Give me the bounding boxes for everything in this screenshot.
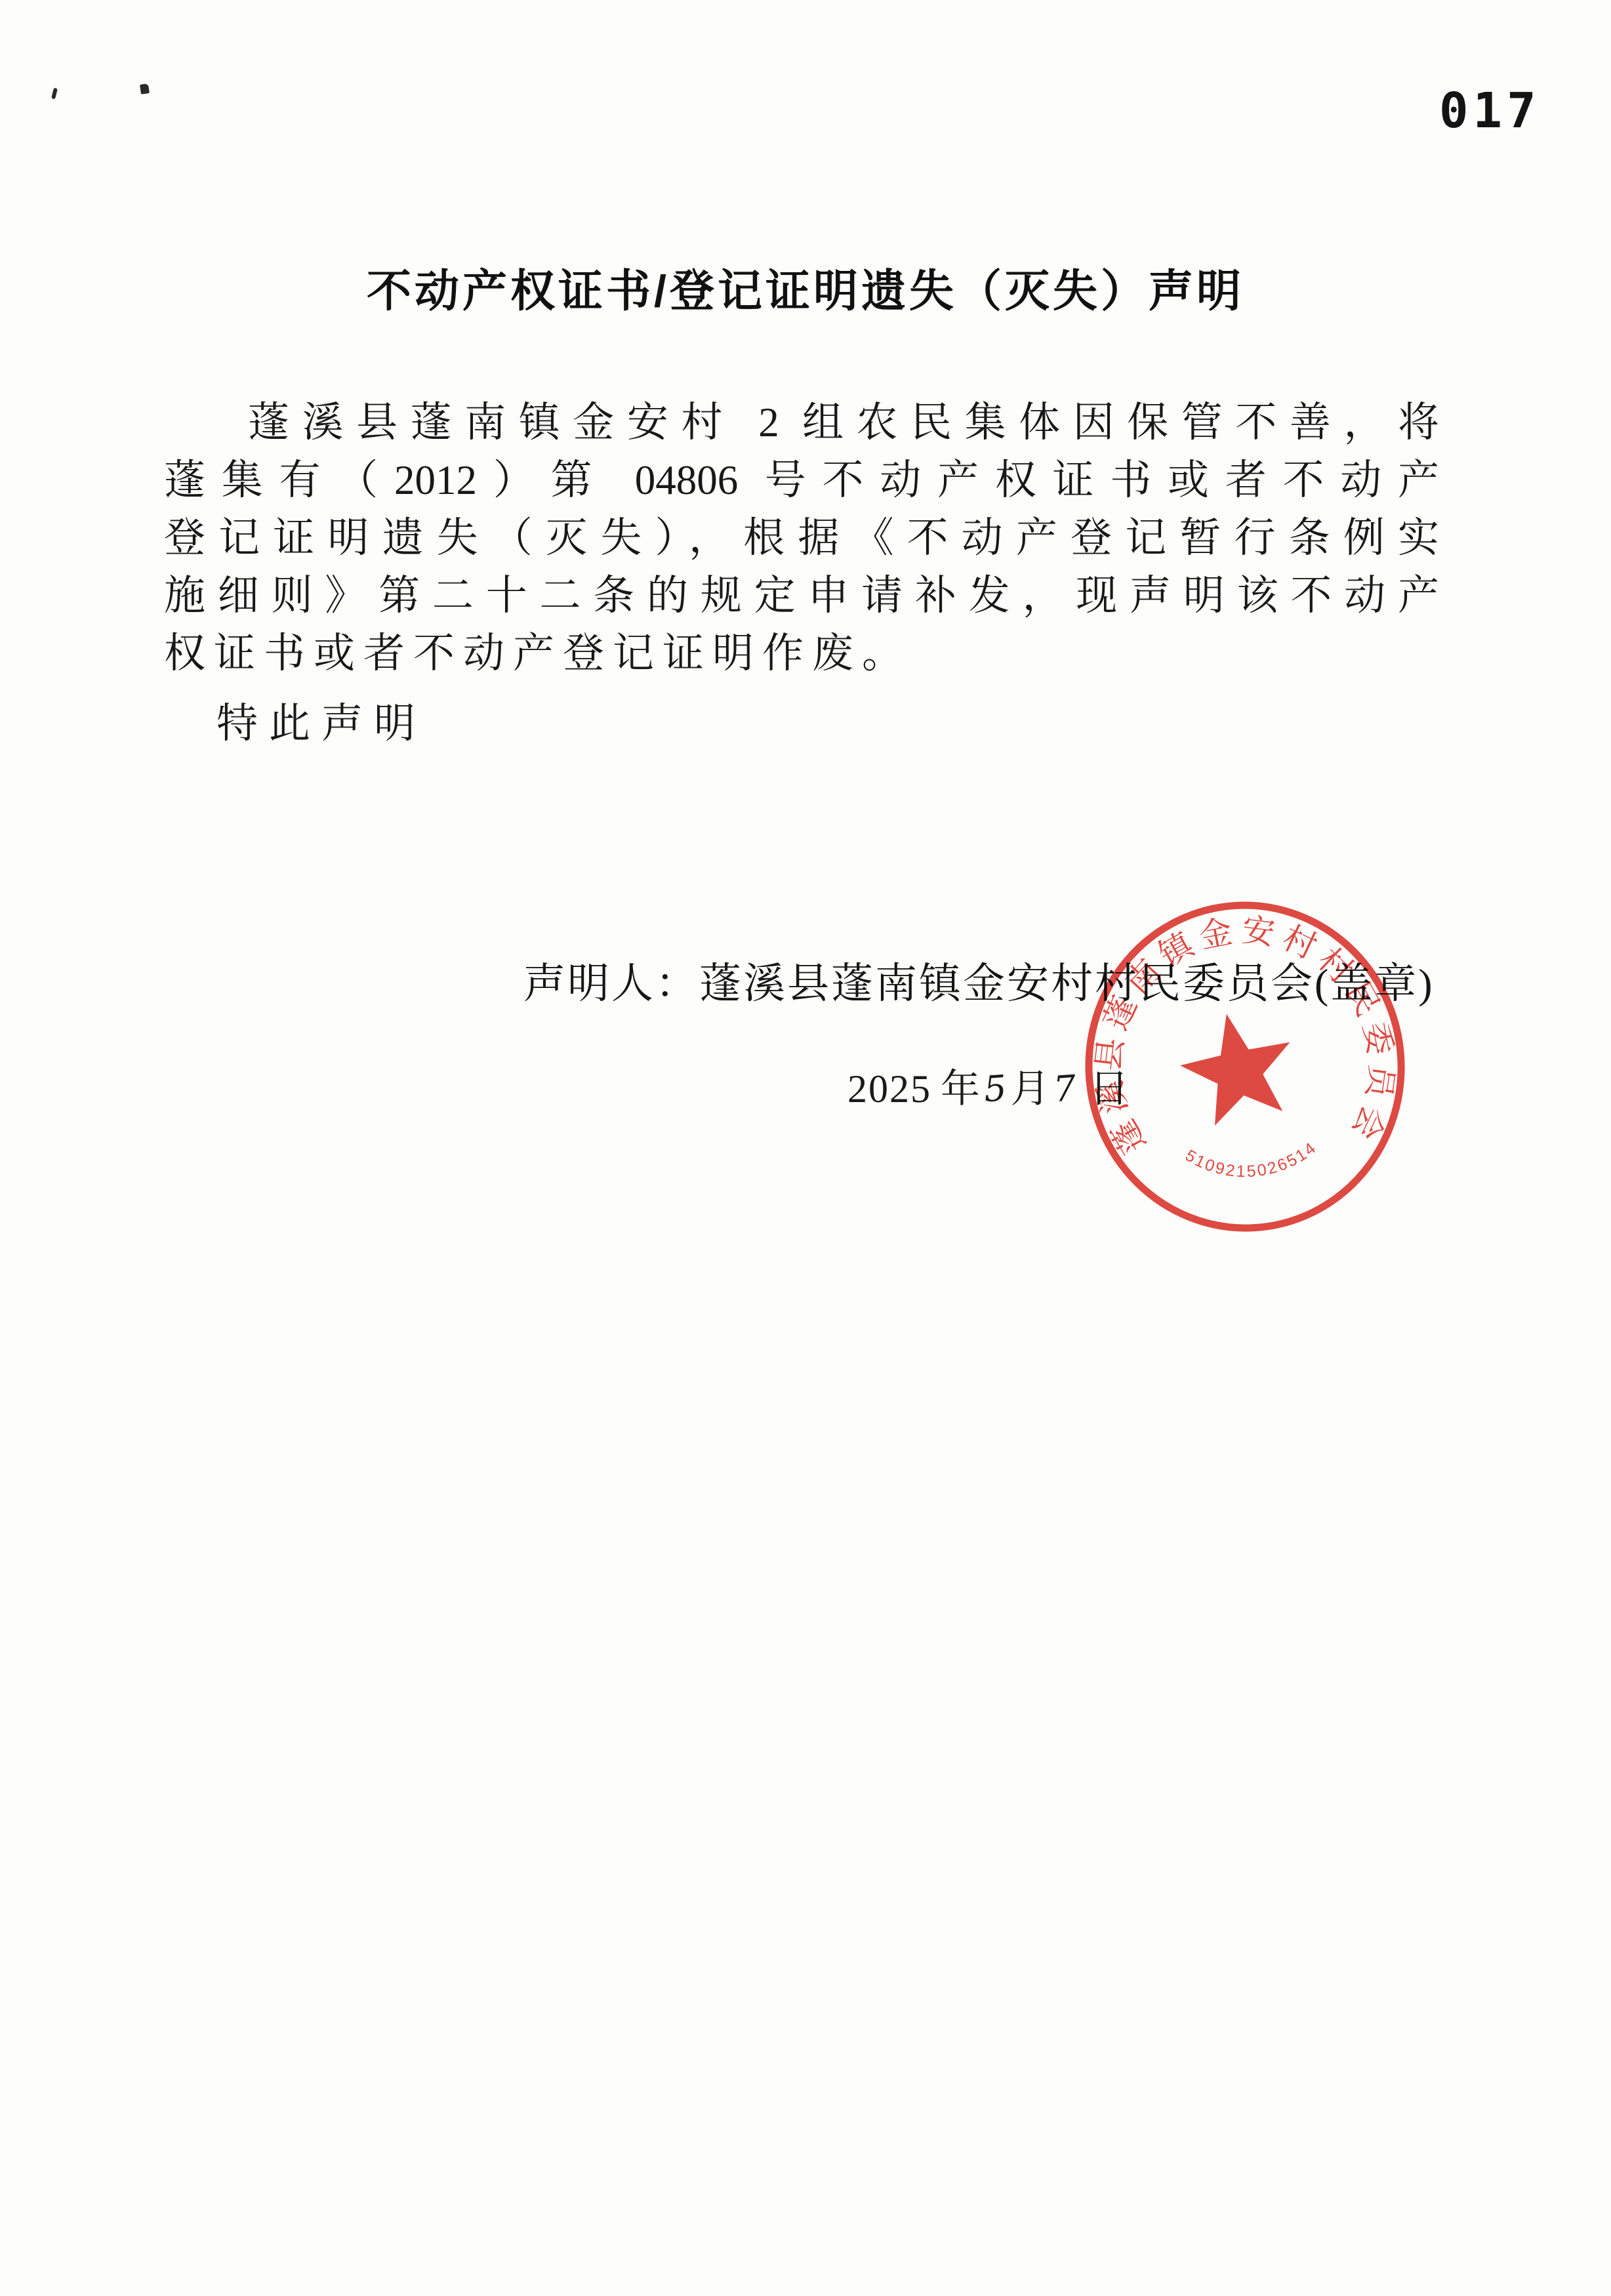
body-line-2: 蓬集有（2012）第 04806 号不动产权证书或者不动产: [164, 451, 1439, 509]
seal-code: 5109215026514: [1181, 1138, 1322, 1185]
body-line-5: 权证书或者不动产登记证明作废。: [164, 625, 1439, 682]
page-number: 017: [1439, 83, 1541, 139]
body-line-1: 蓬溪县蓬南镇金安村 2 组农民集体因保管不善，将: [164, 394, 1439, 451]
date-month-label: 月: [1010, 1067, 1051, 1111]
seal-text: 蓬溪县蓬南镇金安村村民委员会: [1079, 901, 1406, 1170]
closing-statement: 特此声明: [216, 690, 426, 750]
body-line-3: 登记证明遗失（灭失），根据《不动产登记暂行条例实: [164, 509, 1439, 567]
date-year-label: 年: [941, 1067, 981, 1111]
ink-speck: [140, 83, 150, 94]
scanned-declaration-page: { "page": { "number": "017", "paper_colo…: [0, 0, 1611, 2296]
official-seal: 蓬溪县蓬南镇金安村村民委员会 5109215026514: [1070, 886, 1421, 1246]
date-month-handwritten: 5: [983, 1067, 1009, 1110]
date-day-handwritten: 7: [1052, 1067, 1079, 1110]
seal-star-icon: [1177, 1010, 1295, 1128]
declaration-body: 蓬溪县蓬南镇金安村 2 组农民集体因保管不善，将 蓬集有（2012）第 0480…: [164, 394, 1439, 682]
body-line-4: 施细则》第二十二条的规定申请补发，现声明该不动产: [164, 567, 1439, 625]
date-year: 2025: [847, 1067, 931, 1111]
ink-speck: [51, 88, 58, 100]
document-title: 不动产权证书/登记证明遗失（灭失）声明: [0, 256, 1611, 319]
